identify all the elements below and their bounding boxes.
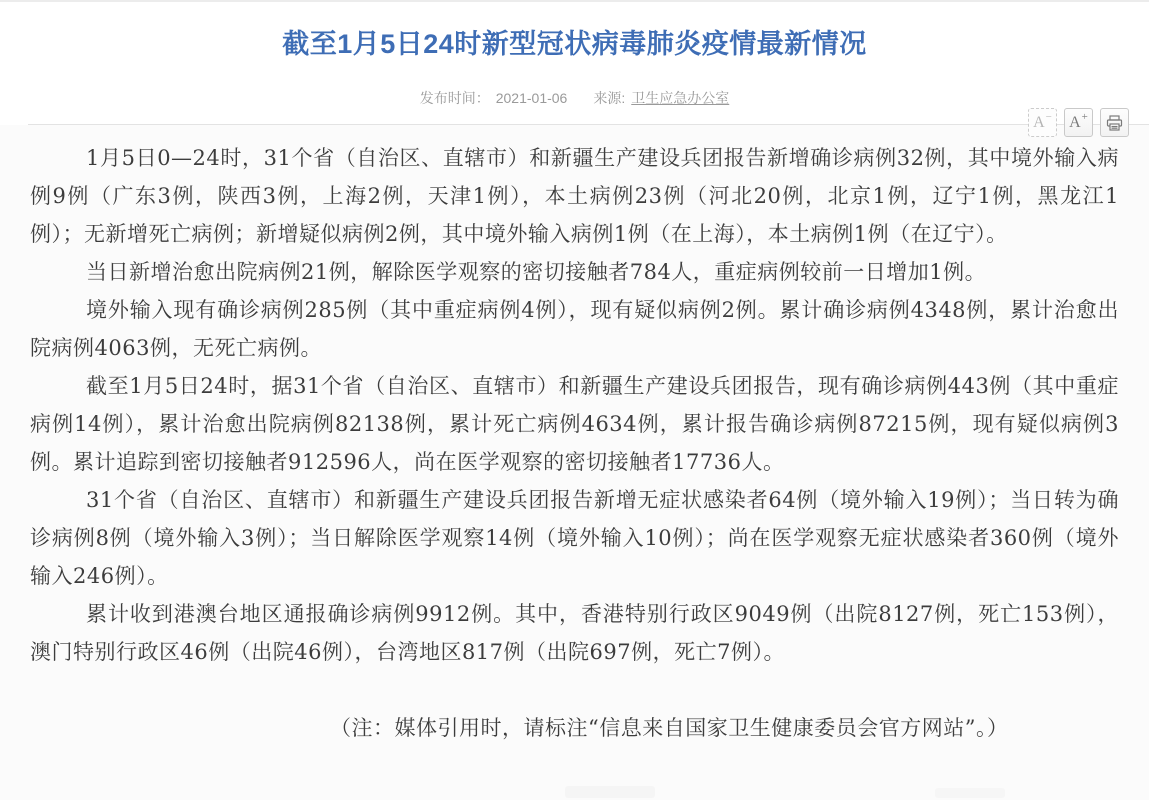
page-title: 截至1月5日24时新型冠状病毒肺炎疫情最新情况 [0, 26, 1149, 62]
font-increase-button[interactable]: A+ [1064, 108, 1093, 137]
citation-note: （注：媒体引用时，请标注“信息来自国家卫生健康委员会官方网站”。） [330, 709, 1119, 747]
plus-icon: + [1082, 112, 1088, 123]
paragraph-hk-macao-taiwan: 累计收到港澳台地区通报确诊病例9912例。其中，香港特别行政区9049例（出院8… [30, 595, 1119, 671]
paragraph-imported-cases: 境外输入现有确诊病例285例（其中重症病例4例），现有疑似病例2例。累计确诊病例… [30, 291, 1119, 367]
source-label: 来源: [593, 90, 625, 106]
font-increase-label: A [1069, 115, 1081, 131]
source-link[interactable]: 卫生应急办公室 [631, 90, 729, 106]
print-button[interactable] [1100, 108, 1129, 137]
bottom-faint-artifact-right [935, 788, 1005, 798]
printer-icon [1106, 115, 1123, 131]
bottom-faint-artifact-left [565, 786, 655, 798]
paragraph-recovered: 当日新增治愈出院病例21例，解除医学观察的密切接触者784人，重症病例较前一日增… [30, 253, 1119, 291]
publish-time-label: 发布时间： [420, 90, 490, 106]
top-border-strip [0, 0, 1149, 2]
toolbar: A− A+ [1028, 108, 1129, 137]
article-body: 1月5日0—24时，31个省（自治区、直辖市）和新疆生产建设兵团报告新增确诊病例… [0, 125, 1149, 800]
font-decrease-button[interactable]: A− [1028, 108, 1057, 137]
article-meta: 发布时间：2021-01-06来源:卫生应急办公室 [0, 90, 1149, 106]
minus-icon: − [1046, 112, 1052, 123]
article-header: 截至1月5日24时新型冠状病毒肺炎疫情最新情况 发布时间：2021-01-06来… [0, 26, 1149, 106]
paragraph-cumulative-totals: 截至1月5日24时，据31个省（自治区、直辖市）和新疆生产建设兵团报告，现有确诊… [30, 367, 1119, 481]
paragraph-asymptomatic: 31个省（自治区、直辖市）和新疆生产建设兵团报告新增无症状感染者64例（境外输入… [30, 481, 1119, 595]
paragraph-new-cases: 1月5日0—24时，31个省（自治区、直辖市）和新疆生产建设兵团报告新增确诊病例… [30, 139, 1119, 253]
font-decrease-label: A [1033, 115, 1045, 131]
publish-date: 2021-01-06 [496, 90, 568, 106]
